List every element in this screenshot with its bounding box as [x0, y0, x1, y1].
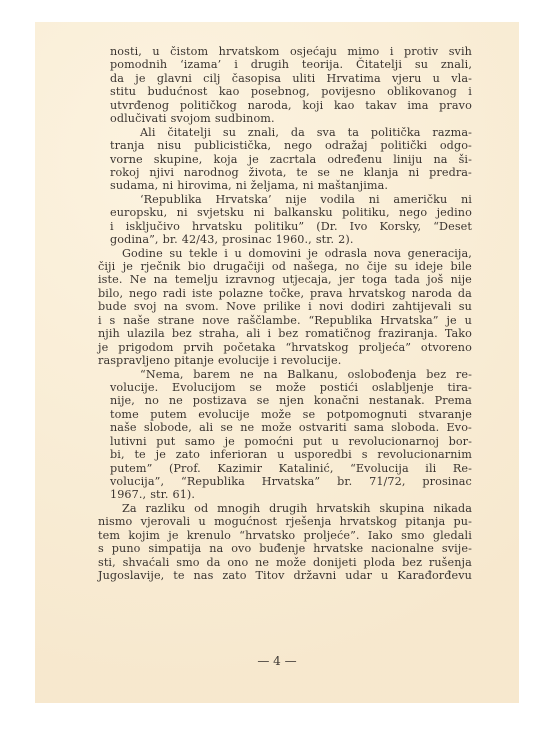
text-line: temkojimjekrenulo“hrvatskoproljeće”.Iako… [98, 529, 472, 542]
text-line: Zarazlikuodmnogihdrugihhrvatskihskupinan… [122, 502, 472, 515]
text-line: godina”,br.42/43,prosinac1960.,str.2). [110, 233, 472, 246]
text-line: dajeglavniciljčasopisaulitiHrvatimavjeru… [110, 72, 472, 85]
text-line: pomodnih‘izama’idrugihteorija.Čitateljis… [110, 58, 472, 71]
text-line: 1967.,str.61). [110, 488, 472, 501]
text-line: Jugoslavije,tenaszatoTitovdržavniudaruKa… [98, 569, 472, 582]
text-line: iste.Nenatemeljuizravnogutjecaja,jertoga… [98, 273, 472, 286]
text-line: isnašestranenoveraščlambe.“RepublikaHrva… [98, 314, 472, 327]
text-line: nije,nonepostizavasenjenkonačninestanak.… [110, 394, 472, 407]
text-line: nismovjerovaliumogućnostrješenjahrvatsko… [98, 515, 472, 528]
text-line: tranjanisupublicistička,negoodražajpolit… [110, 139, 472, 152]
text-line: volucije.Evolucijomsemožepostićioslablje… [110, 381, 472, 394]
page-number: — 4 — [35, 654, 519, 668]
text-line: sti,shvaćalismodaononemožedonijetiplodab… [98, 556, 472, 569]
text-line: iisključivohrvatskupolitiku”(Dr.IvoKorsk… [110, 220, 472, 233]
text-line: njihulazilabezstraha,aliibezromatičnogfr… [98, 327, 472, 340]
text-line: nosti,učistomhrvatskomosjećajumimoiproti… [110, 45, 472, 58]
text-line: bi,tejezatoinferioranuusporedbisrevoluci… [110, 448, 472, 461]
text-line: lutivniputsamojepomoćniputurevolucionarn… [110, 435, 472, 448]
text-line: odlučivatisvojomsudbinom. [110, 112, 472, 125]
text-line: rokojnjivinarodnogživota,teseneklanjanip… [110, 166, 472, 179]
text-line: našeslobode,alisenemožeostvaritisamaslob… [110, 421, 472, 434]
text-line: čijijerječnikbiodrugačijiodnašega,nočije… [98, 260, 472, 273]
text-line: putem”(Prof.KazimirKatalinić,“Evolucijai… [110, 462, 472, 475]
text-line: raspravljenopitanjeevolucijeirevolucije. [98, 354, 472, 367]
text-line: stitubudućnostkaoposebnog,povijesnooblik… [110, 85, 472, 98]
text-line: tomeputemevolucijemožesepotpomognutistva… [110, 408, 472, 421]
text-line: volucija”,“RepublikaHrvatska”br.71/72,pr… [110, 475, 472, 488]
text-line: ‘RepublikaHrvatska’nijevodilaniameričkun… [140, 193, 472, 206]
text-line: Godinesutekleiudomovinijeodraslanovagene… [122, 247, 472, 260]
text-line: utvrđenogpolitičkognaroda,kojikaotakavim… [110, 99, 472, 112]
text-line: bilo,negoradiistepolaznetočke,pravahrvat… [98, 287, 472, 300]
text-line: Aličitateljisuznali,dasvatapolitičkarazm… [140, 126, 472, 139]
text-line: sudama,nihirovima,niželjama,nimaštanjima… [110, 179, 472, 192]
text-line: europsku,nisvjetskunibalkanskupolitiku,n… [110, 206, 472, 219]
text-line: jeprigodomprvihpočetaka“hrvatskogproljeć… [98, 341, 472, 354]
body-text: nosti,učistomhrvatskomosjećajumimoiproti… [110, 45, 472, 583]
text-line: budesvojnasvom.Noveprilikeinovidodirizah… [98, 300, 472, 313]
text-line: vorneskupine,kojajezacrtalaodređenulinij… [110, 153, 472, 166]
text-line: “Nema,baremnenaBalkanu,oslobođenjabezre- [140, 368, 472, 381]
book-page: nosti,učistomhrvatskomosjećajumimoiproti… [35, 22, 519, 703]
text-line: spunosimpatijanaovobuđenjehrvatskenacion… [98, 542, 472, 555]
